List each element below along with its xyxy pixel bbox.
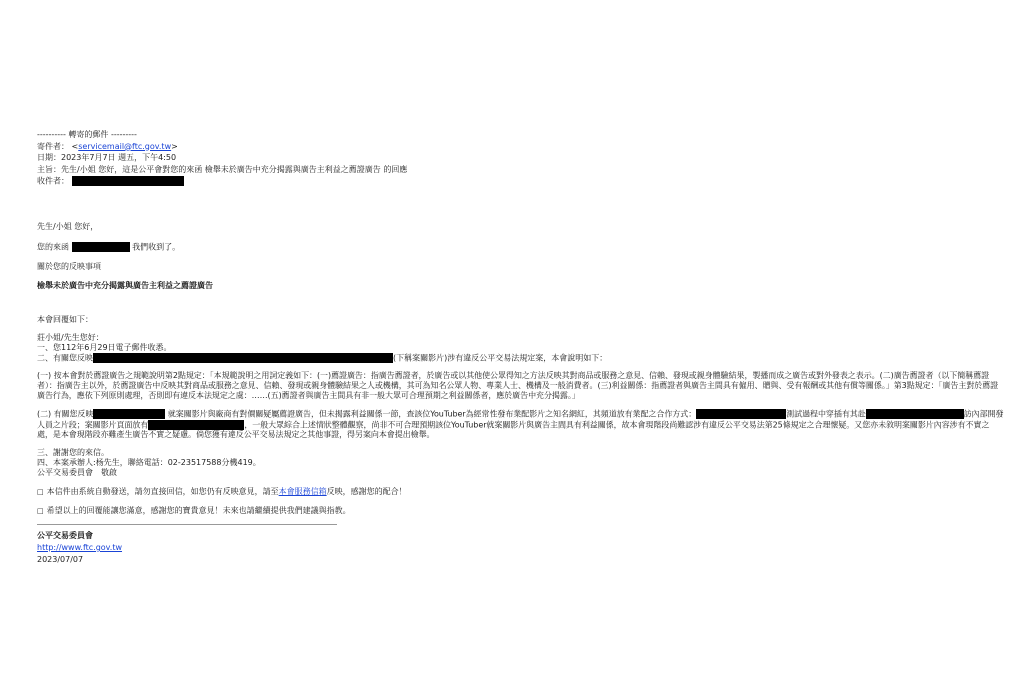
notice-1-suffix: 反映，感謝您的配合！ — [327, 487, 407, 496]
footer-url-link[interactable]: http://www.ftc.gov.tw — [37, 543, 122, 552]
divider — [37, 524, 337, 525]
item-2: 二、有關您反映(下稱案關影片)涉有違反公平交易法規定案，本會說明如下： — [37, 353, 1007, 364]
greeting: 先生/小姐 您好， — [37, 222, 1007, 232]
redacted-location — [866, 409, 964, 419]
redacted-cooperation — [696, 409, 786, 419]
item-2-2-b: 就案關影片與廠商有對價關疑屬薦證廣告，但未揭露利益關係一節，查該位YouTube… — [168, 410, 696, 419]
date-value: 2023年7月7日 週五，下午4:50 — [61, 153, 176, 162]
from-row: 寄件者： <servicemail@ftc.gov.tw> — [37, 142, 1007, 152]
to-row: 收件者： — [37, 176, 1007, 187]
notice-feedback: □希望以上的回覆能讓您滿意，感謝您的寶貴意見！未來也請繼續提供我們建議與指教。 — [37, 506, 1007, 516]
footer-org: 公平交易委員會 — [37, 531, 1007, 541]
item-1: 一、您112年6月29日電子郵件收悉。 — [37, 343, 1007, 353]
notice-auto-sent: □本信件由系統自動發送，請勿直接回信，如您仍有反映意見，請至本會服務信箱反映，感… — [37, 487, 1007, 497]
forward-title: ---------- 轉寄的郵件 --------- — [37, 130, 1007, 140]
item-2-1: (一) 按本會對於薦證廣告之規範說明第2點規定：「本規範說明之用詞定義如下：(一… — [37, 371, 1005, 401]
received-suffix: 我們收到了。 — [132, 243, 180, 252]
forwarded-header: ---------- 轉寄的郵件 --------- 寄件者： <service… — [37, 130, 1007, 187]
footer-date: 2023/07/07 — [37, 555, 1007, 565]
redacted-page-content — [148, 420, 244, 430]
from-label: 寄件者： — [37, 142, 69, 151]
received-prefix: 您的來函 — [37, 243, 69, 252]
item-2-2: (二) 有關您反映 就案關影片與廠商有對價關疑屬薦證廣告，但未揭露利益關係一節，… — [37, 409, 1005, 440]
item-2-suffix: (下稱案關影片)涉有違反公平交易法規定案，本會說明如下： — [393, 353, 607, 362]
item-2-2-c: 測試過程中穿插有其赴 — [786, 410, 866, 419]
regarding: 關於您的反映事項 — [37, 262, 1007, 272]
service-mailbox-link[interactable]: 本會服務信箱 — [279, 487, 327, 496]
redacted-letter-ref — [72, 242, 130, 252]
salutation: 莊小姐/先生您好： — [37, 333, 1007, 343]
subject-row: 主旨：先生/小姐 您好，這是公平會對您的來函 檢舉未於廣告中充分揭露與廣告主利益… — [37, 165, 1007, 175]
item-2-prefix: 二、有關您反映 — [37, 353, 93, 362]
subject-label: 主旨： — [37, 165, 61, 174]
checkbox-bullet-icon: □ — [37, 488, 44, 496]
reply-intro: 本會回覆如下： — [37, 315, 1007, 325]
notice-2-text: 希望以上的回覆能讓您滿意，感謝您的寶貴意見！未來也請繼續提供我們建議與指教。 — [47, 506, 351, 515]
email-document: ---------- 轉寄的郵件 --------- 寄件者： <service… — [37, 130, 1007, 565]
signoff: 公平交易委員會 敬啟 — [37, 468, 1007, 478]
redacted-video-ref — [93, 409, 165, 419]
checkbox-bullet-icon: □ — [37, 507, 44, 515]
topic-title: 檢舉未於廣告中充分揭露與廣告主利益之薦證廣告 — [37, 281, 1007, 291]
redacted-video-title — [93, 353, 393, 363]
received-row: 您的來函 我們收到了。 — [37, 242, 1007, 253]
date-label: 日期： — [37, 153, 61, 162]
item-2-2-a: (二) 有關您反映 — [37, 410, 93, 419]
item-3: 三、謝謝您的來信。 — [37, 448, 1007, 458]
item-4: 四、本案承辦人:杨先生，聯絡電話：02-23517588分機419。 — [37, 458, 1007, 468]
to-label: 收件者： — [37, 177, 69, 186]
date-row: 日期：2023年7月7日 週五，下午4:50 — [37, 153, 1007, 163]
subject-value: 先生/小姐 您好，這是公平會對您的來函 檢舉未於廣告中充分揭露與廣告主利益之薦證… — [61, 165, 407, 174]
notice-1-prefix: 本信件由系統自動發送，請勿直接回信，如您仍有反映意見，請至 — [47, 487, 279, 496]
from-email-link[interactable]: servicemail@ftc.gov.tw — [78, 142, 171, 151]
redacted-recipient — [72, 176, 184, 186]
